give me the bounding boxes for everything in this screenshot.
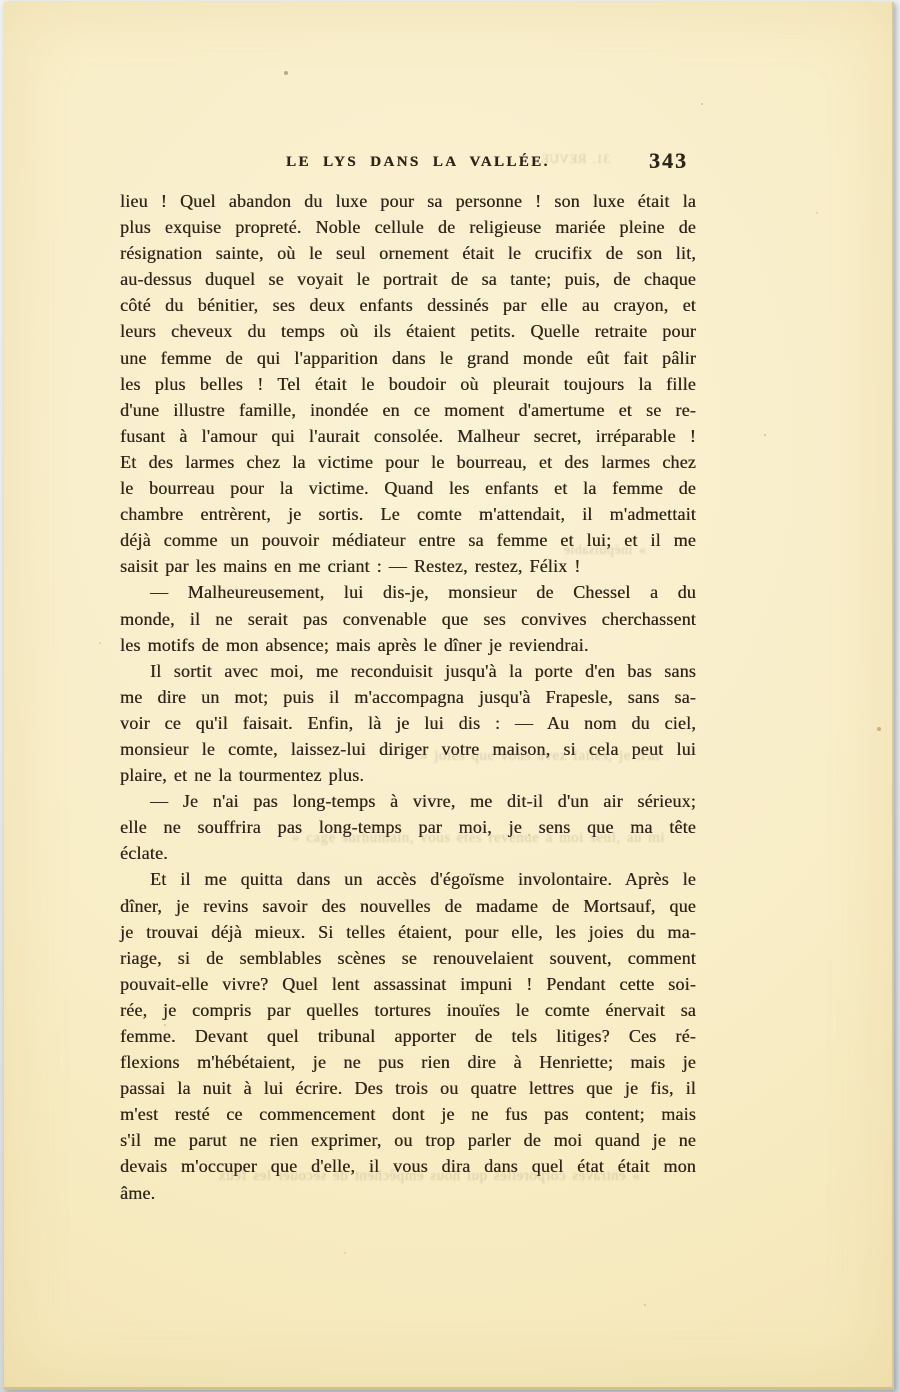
text-line: femme. Devant quel tribunal apporter de … xyxy=(120,1023,696,1049)
text-line: les plus belles ! Tel était le boudoir o… xyxy=(120,371,696,397)
foxing-speckles xyxy=(4,2,6,4)
bleedthrough-fragment: » joies que vous avez faites, je n'ai xyxy=(420,748,688,765)
text-line: — Je n'ai pas long-temps à vivre, me dit… xyxy=(120,788,696,814)
text-line: chambre entrèrent, je sortis. Le comte m… xyxy=(120,501,696,527)
text-line: monde, il ne serait pas convenable que s… xyxy=(120,606,696,632)
text-line: leurs cheveux du temps où ils étaient pe… xyxy=(120,318,696,344)
text-line: s'il me parut ne rien exprimer, ou trop … xyxy=(120,1127,696,1153)
text-line: flexions m'hébétaient, je ne pus rien di… xyxy=(120,1049,696,1075)
text-line: Et des larmes chez la victime pour le bo… xyxy=(120,449,696,475)
text-line: le bourreau pour la victime. Quand les e… xyxy=(120,475,696,501)
text-line: dîner, je revins savoir des nouvelles de… xyxy=(120,893,696,919)
bleedthrough-fragment: » entraves corporelles qui nous empêchen… xyxy=(172,1168,640,1185)
page-number: 343 xyxy=(649,148,688,174)
bleedthrough-fragment: » inépuisable xyxy=(556,543,646,559)
text-line: pouvait-elle vivre? Quel lent assassinat… xyxy=(120,971,696,997)
text-line: une femme de qui l'apparition dans le gr… xyxy=(120,345,696,371)
text-line: me dire un mot; puis il m'accompagna jus… xyxy=(120,684,696,710)
text-line: Il sortit avec moi, me reconduisit jusqu… xyxy=(120,658,696,684)
text-line: côté du bénitier, ses deux enfants dessi… xyxy=(120,292,696,318)
text-line: d'une illustre famille, inondée en ce mo… xyxy=(120,397,696,423)
paper-sheet: LE LYS DANS LA VALLÉE. 343 lieu ! Quel a… xyxy=(4,2,894,1390)
text-line: plus exquise propreté. Noble cellule de … xyxy=(120,214,696,240)
text-line: lieu ! Quel abandon du luxe pour sa pers… xyxy=(120,188,696,214)
text-body: lieu ! Quel abandon du luxe pour sa pers… xyxy=(120,188,696,1206)
text-line: je trouvai déjà mieux. Si telles étaient… xyxy=(120,919,696,945)
text-line: Et il me quitta dans un accès d'égoïsme … xyxy=(120,866,696,892)
text-line: plaire, et ne la tourmentez plus. xyxy=(120,762,696,788)
text-line: fusant à l'amour qui l'aurait consolée. … xyxy=(120,423,696,449)
text-line: passai la nuit à lui écrire. Des trois o… xyxy=(120,1075,696,1101)
text-line: — Malheureusement, lui dis-je, monsieur … xyxy=(120,579,696,605)
text-line: rée, je compris par quelles tortures ino… xyxy=(120,997,696,1023)
text-line: m'est resté ce commencement dont je ne f… xyxy=(120,1101,696,1127)
running-header-title: LE LYS DANS LA VALLÉE. xyxy=(286,154,522,171)
bleedthrough-fragment: » cage surhumain, vous êtes revenue à mo… xyxy=(292,830,664,847)
text-line: au-dessus duquel se voyait le portrait d… xyxy=(120,266,696,292)
text-line: résignation sainte, où le seul ornement … xyxy=(120,240,696,266)
bleedthrough-fragment: 31. REVUE xyxy=(518,151,610,167)
text-line: les motifs de mon absence; mais après le… xyxy=(120,632,696,658)
text-line: voir ce qu'il faisait. Enfin, là je lui … xyxy=(120,710,696,736)
text-line: riage, si de semblables scènes se renouv… xyxy=(120,945,696,971)
scanned-book-page: LE LYS DANS LA VALLÉE. 343 lieu ! Quel a… xyxy=(0,0,900,1392)
